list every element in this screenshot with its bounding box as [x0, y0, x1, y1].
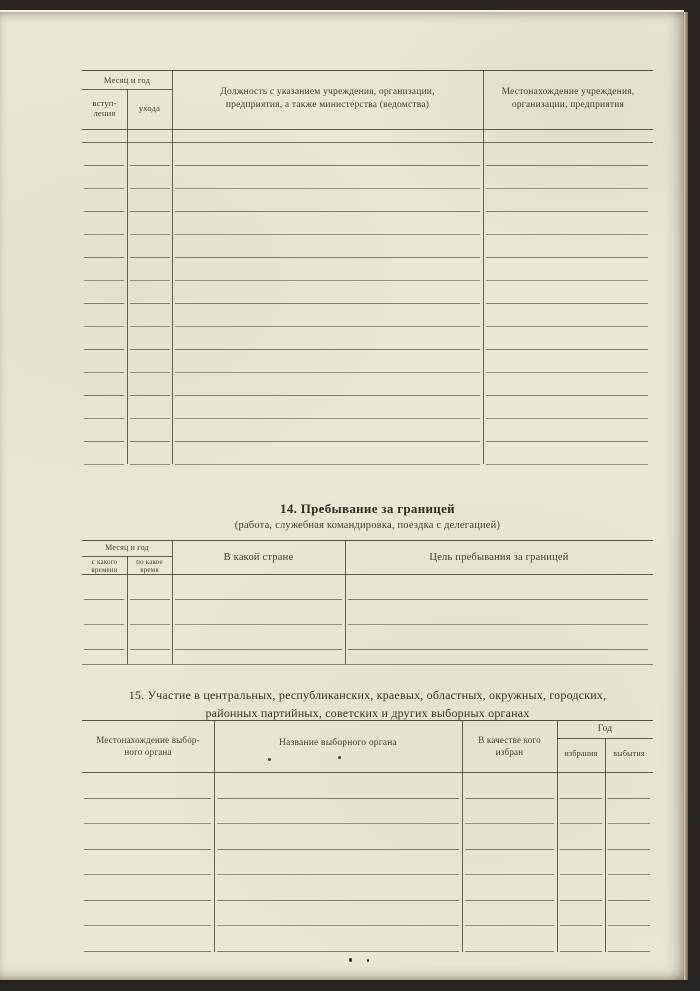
table-cell [175, 212, 480, 235]
table-cell [560, 824, 602, 850]
table-cell [175, 600, 342, 625]
table-cell [465, 850, 554, 876]
table-cell [130, 189, 170, 212]
table-cell [84, 373, 124, 396]
table-cell [560, 799, 602, 825]
header-position: Должность с указанием учреждения, органи… [172, 71, 483, 131]
table-cell [130, 143, 170, 166]
table-cell [84, 166, 124, 189]
abroad-table: Месяц и год с какого времени по какое вр… [82, 540, 653, 665]
header-year-left: выбытия [605, 739, 653, 774]
table-row [82, 327, 653, 350]
table-cell [175, 143, 480, 166]
table-row [82, 166, 653, 189]
table-cell [84, 850, 211, 876]
table-cell [465, 875, 554, 901]
form-paper-sheet: Месяц и год вступ- ления ухода Должность… [0, 10, 684, 980]
table-cell [130, 327, 170, 350]
header-month-year: Месяц и год [82, 71, 172, 90]
table-cell [608, 901, 650, 927]
table-cell [84, 799, 211, 825]
table-cell [175, 350, 480, 373]
table-row [82, 189, 653, 212]
table-cell [130, 166, 170, 189]
table-cell [130, 625, 170, 650]
table-cell [465, 824, 554, 850]
table-cell [84, 396, 124, 419]
header-body-location: Местонахождение выбор- ного органа [82, 721, 214, 774]
table-cell [217, 901, 459, 927]
section-14-title: 14. Пребывание за границей [82, 501, 653, 517]
abroad-table-body [82, 575, 653, 650]
table-cell [130, 212, 170, 235]
table-cell [217, 875, 459, 901]
table-cell [175, 304, 480, 327]
work-history-table: Месяц и год вступ- ления ухода Должность… [82, 70, 653, 464]
header-elected-as: В качестве кого избран [462, 721, 557, 774]
table-cell [486, 396, 648, 419]
table-cell [84, 773, 211, 799]
table-cell [175, 166, 480, 189]
table-cell [486, 327, 648, 350]
section-14-subtitle: (работа, служебная командировка, поездка… [82, 520, 653, 531]
table-cell [84, 235, 124, 258]
table-cell [84, 625, 124, 650]
table-row [82, 442, 653, 465]
abroad-table-header: Месяц и год с какого времени по какое вр… [82, 540, 653, 575]
table-cell [175, 442, 480, 465]
table-cell [560, 926, 602, 952]
table-cell [217, 926, 459, 952]
table-cell [130, 373, 170, 396]
table-row [82, 901, 653, 927]
table-row [82, 773, 653, 799]
table-cell [130, 350, 170, 373]
table-cell [130, 281, 170, 304]
work-history-table-header: Месяц и год вступ- ления ухода Должность… [82, 70, 653, 130]
table-cell [130, 304, 170, 327]
table-cell [465, 773, 554, 799]
table-cell [560, 875, 602, 901]
table-cell [175, 373, 480, 396]
header-entry-date: вступ- ления [82, 90, 127, 131]
table-cell [465, 799, 554, 825]
table-cell [486, 235, 648, 258]
table-cell [560, 773, 602, 799]
paper-right-edge [684, 12, 688, 980]
table-cell [465, 926, 554, 952]
table-row [82, 926, 653, 952]
header-location: Местонахождение учреждения, организации,… [483, 71, 653, 131]
table-row [82, 396, 653, 419]
table-row [82, 419, 653, 442]
header-year: Год [557, 721, 653, 739]
table-cell [217, 799, 459, 825]
table-cell [84, 600, 124, 625]
table-cell [84, 419, 124, 442]
header-month-year: Месяц и год [82, 541, 172, 557]
table-cell [560, 850, 602, 876]
table-cell [486, 419, 648, 442]
header-year-elected: избрания [557, 739, 605, 774]
table-cell [608, 875, 650, 901]
table-cell [130, 600, 170, 625]
elected-bodies-table-header: Местонахождение выбор- ного органа Назва… [82, 720, 653, 773]
table-cell [486, 143, 648, 166]
table-cell [486, 373, 648, 396]
table-cell [175, 327, 480, 350]
table-row [82, 824, 653, 850]
table-cell [84, 189, 124, 212]
header-from-time: с какого времени [82, 557, 127, 576]
elected-bodies-table: Местонахождение выбор- ного органа Назва… [82, 720, 653, 952]
table-cell [84, 304, 124, 327]
table-cell [217, 824, 459, 850]
table-cell [486, 304, 648, 327]
table-row [82, 350, 653, 373]
header-body-name: Название выборного органа [214, 721, 462, 774]
table-cell [175, 189, 480, 212]
table-cell [84, 327, 124, 350]
header-country: В какой стране [172, 541, 345, 576]
table-cell [175, 281, 480, 304]
table-cell [84, 258, 124, 281]
header-purpose: Цель пребывания за границей [345, 541, 653, 576]
table-row [82, 600, 653, 625]
table-cell [175, 575, 342, 600]
table-cell [217, 850, 459, 876]
table-cell [130, 258, 170, 281]
scanned-page-background: Месяц и год вступ- ления ухода Должность… [0, 0, 700, 991]
table-row [82, 875, 653, 901]
table-cell [84, 901, 211, 927]
table-cell [130, 235, 170, 258]
table-row [82, 212, 653, 235]
table-cell [608, 926, 650, 952]
table-row [82, 235, 653, 258]
table-cell [84, 875, 211, 901]
ink-speck [268, 758, 271, 761]
table-row [82, 625, 653, 650]
table-cell [608, 850, 650, 876]
table-cell [130, 396, 170, 419]
header-leave-date: ухода [127, 90, 172, 131]
table-cell [486, 442, 648, 465]
table-cell [84, 575, 124, 600]
table-cell [486, 350, 648, 373]
table-row [82, 575, 653, 600]
ink-speck [338, 756, 341, 759]
table-cell [130, 442, 170, 465]
ink-speck [349, 958, 352, 962]
table-cell [486, 212, 648, 235]
table-row [82, 258, 653, 281]
ink-speck [367, 959, 369, 962]
table-cell [465, 901, 554, 927]
table-cell [486, 189, 648, 212]
table-cell [348, 600, 648, 625]
table-cell [175, 396, 480, 419]
table-cell [217, 773, 459, 799]
table-cell [175, 625, 342, 650]
table-cell [84, 926, 211, 952]
table-cell [175, 419, 480, 442]
table-row [82, 373, 653, 396]
table-cell [84, 442, 124, 465]
table-cell [608, 773, 650, 799]
table-row [82, 143, 653, 166]
section-15-title: 15. Участие в центральных, республиканск… [40, 686, 695, 722]
table-cell [84, 281, 124, 304]
table-row [82, 281, 653, 304]
table-cell [84, 212, 124, 235]
table-cell [486, 281, 648, 304]
table-cell [560, 901, 602, 927]
header-to-time: по какое время [127, 557, 172, 576]
table-cell [486, 258, 648, 281]
table-row [82, 304, 653, 327]
table-cell [608, 799, 650, 825]
table-cell [84, 143, 124, 166]
table-cell [175, 258, 480, 281]
table-row [82, 799, 653, 825]
table-cell [486, 166, 648, 189]
table-cell [130, 575, 170, 600]
work-history-table-body [82, 142, 653, 465]
table-cell [348, 625, 648, 650]
elected-bodies-table-body [82, 773, 653, 952]
table-cell [84, 824, 211, 850]
table-row [82, 850, 653, 876]
table-cell [84, 350, 124, 373]
table-cell [175, 235, 480, 258]
table-cell [608, 824, 650, 850]
table-cell [348, 575, 648, 600]
table-cell [130, 419, 170, 442]
